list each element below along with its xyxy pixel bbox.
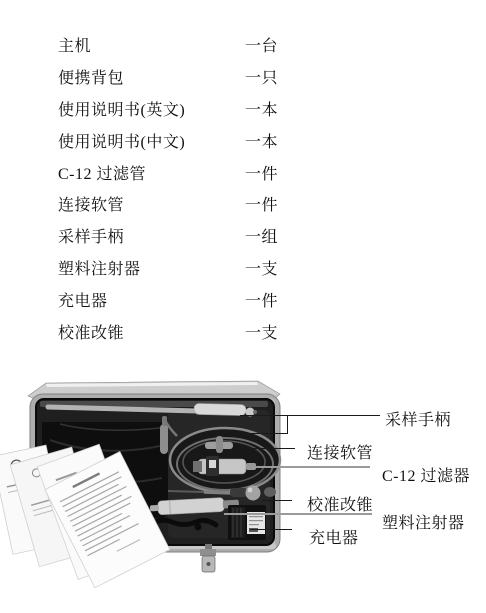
item-quantity: 一组 bbox=[245, 224, 278, 247]
callout-line-sampling-handle bbox=[240, 415, 380, 416]
item-quantity: 一件 bbox=[245, 161, 278, 184]
item-name: 采样手柄 bbox=[58, 224, 124, 247]
charger-item bbox=[228, 505, 266, 540]
callout-line-calibration-screwdriver bbox=[262, 500, 292, 501]
callout-line-connecting-hose bbox=[240, 448, 295, 449]
packing-list-row: 使用说明书(英文)一本 bbox=[0, 97, 486, 119]
item-name: 使用说明书(英文) bbox=[58, 97, 185, 120]
item-quantity: 一台 bbox=[245, 33, 278, 56]
packing-list-row: 便携背包一只 bbox=[0, 65, 486, 87]
item-quantity: 一本 bbox=[245, 129, 278, 152]
item-name: 塑料注射器 bbox=[58, 256, 141, 279]
packing-list-row: 使用说明书(中文)一本 bbox=[0, 129, 486, 151]
item-quantity: 一件 bbox=[245, 288, 278, 311]
item-name: 使用说明书(中文) bbox=[58, 129, 185, 152]
callout-line-charger bbox=[250, 529, 292, 530]
item-quantity: 一支 bbox=[245, 256, 278, 279]
photo-label-connecting-hose: 连接软管 bbox=[307, 440, 373, 463]
photo-label-charger: 充电器 bbox=[309, 525, 359, 548]
item-name: 主机 bbox=[58, 33, 91, 56]
item-name: 便携背包 bbox=[58, 65, 124, 88]
packing-list-row: 校准改锥一支 bbox=[0, 320, 486, 342]
photo-label-calibration-screwdriver: 校准改锥 bbox=[307, 492, 373, 515]
item-name: 连接软管 bbox=[58, 192, 124, 215]
callout-bracket-sampling-handle bbox=[287, 415, 288, 434]
photo-label-c12-filter: C-12 过滤器 bbox=[382, 463, 470, 486]
callout-line-c12-filter bbox=[248, 466, 370, 468]
item-name: 充电器 bbox=[58, 288, 108, 311]
item-name: 校准改锥 bbox=[58, 320, 124, 343]
item-quantity: 一件 bbox=[245, 192, 278, 215]
callout-line-sampling-handle-lower bbox=[240, 433, 287, 434]
item-quantity: 一只 bbox=[245, 65, 278, 88]
packing-list-row: 连接软管一件 bbox=[0, 192, 486, 214]
item-name: C-12 过滤管 bbox=[58, 161, 146, 184]
packing-list-row: 采样手柄一组 bbox=[0, 224, 486, 246]
packing-list-row: 充电器一件 bbox=[0, 288, 486, 310]
packing-list-row: C-12 过滤管一件 bbox=[0, 161, 486, 183]
packing-list-row: 塑料注射器一支 bbox=[0, 256, 486, 278]
photo-label-plastic-syringe: 塑料注射器 bbox=[382, 510, 465, 533]
packing-list-row: 主机一台 bbox=[0, 33, 486, 55]
item-quantity: 一本 bbox=[245, 97, 278, 120]
item-quantity: 一支 bbox=[245, 320, 278, 343]
photo-label-sampling-handle: 采样手柄 bbox=[385, 407, 451, 430]
